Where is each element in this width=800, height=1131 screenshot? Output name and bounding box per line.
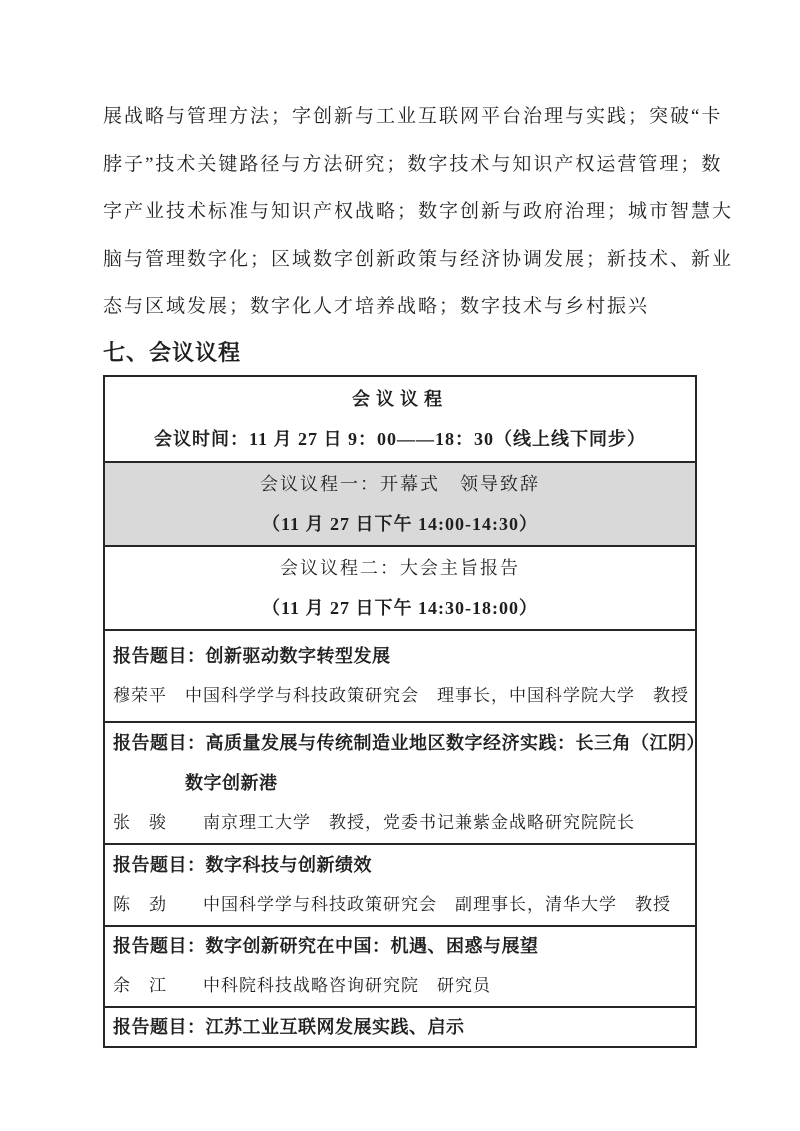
session-2-title: 会议议程二：大会主旨报告 [105, 548, 695, 588]
report-2-title-line2: 数字创新港 [113, 763, 687, 803]
paragraph-line: 脑与管理数字化；区域数字创新政策与经济协调发展；新技术、新业 [103, 236, 697, 284]
report-4-speaker: 余 江 中科院科技战略咨询研究院 研究员 [113, 966, 687, 1006]
section-heading: 七、会议议程 [103, 338, 697, 368]
table-row-session-1: 会议议程一：开幕式 领导致辞 （11 月 27 日下午 14:00-14:30） [105, 461, 695, 545]
paragraph-line: 展战略与管理方法；字创新与工业互联网平台治理与实践；突破“卡 [103, 93, 697, 141]
report-1-title: 报告题目：创新驱动数字转型发展 [113, 636, 687, 676]
session-1-title: 会议议程一：开幕式 领导致辞 [105, 464, 695, 504]
report-3-title: 报告题目：数字科技与创新绩效 [113, 845, 687, 885]
report-1-speaker: 穆荣平 中国科学学与科技政策研究会 理事长，中国科学院大学 教授 [113, 676, 687, 716]
report-2-speaker: 张 骏 南京理工大学 教授，党委书记兼紫金战略研究院院长 [113, 803, 687, 843]
document-page: 展战略与管理方法；字创新与工业互联网平台治理与实践；突破“卡 脖子”技术关键路径… [0, 0, 800, 1131]
agenda-table: 会议议程 会议时间：11 月 27 日 9：00——18：30（线上线下同步） … [103, 375, 697, 1048]
agenda-title: 会议议程 [105, 379, 695, 419]
report-3-speaker: 陈 劲 中国科学学与科技政策研究会 副理事长，清华大学 教授 [113, 885, 687, 925]
report-5-title: 报告题目：江苏工业互联网发展实践、启示 [113, 1007, 687, 1047]
agenda-time: 会议时间：11 月 27 日 9：00——18：30（线上线下同步） [105, 419, 695, 459]
table-row-report-2: 报告题目：高质量发展与传统制造业地区数字经济实践：长三角（江阴） 数字创新港 张… [105, 721, 695, 843]
paragraph-line: 字产业技术标准与知识产权战略；数字创新与政府治理；城市智慧大 [103, 188, 697, 236]
paragraph-line: 态与区域发展；数字化人才培养战略；数字技术与乡村振兴 [103, 283, 697, 331]
report-2-title: 报告题目：高质量发展与传统制造业地区数字经济实践：长三角（江阴） [113, 723, 687, 763]
paragraph-line: 脖子”技术关键路径与方法研究；数字技术与知识产权运营管理；数 [103, 141, 697, 189]
table-row-report-3: 报告题目：数字科技与创新绩效 陈 劲 中国科学学与科技政策研究会 副理事长，清华… [105, 843, 695, 925]
session-2-time: （11 月 27 日下午 14:30-18:00） [105, 588, 695, 628]
intro-paragraph: 展战略与管理方法；字创新与工业互联网平台治理与实践；突破“卡 脖子”技术关键路径… [103, 93, 697, 331]
table-row-header: 会议议程 会议时间：11 月 27 日 9：00——18：30（线上线下同步） [105, 377, 695, 461]
table-row-report-5: 报告题目：江苏工业互联网发展实践、启示 [105, 1006, 695, 1046]
table-row-report-1: 报告题目：创新驱动数字转型发展 穆荣平 中国科学学与科技政策研究会 理事长，中国… [105, 629, 695, 721]
table-row-session-2: 会议议程二：大会主旨报告 （11 月 27 日下午 14:30-18:00） [105, 545, 695, 629]
table-row-report-4: 报告题目：数字创新研究在中国：机遇、困惑与展望 余 江 中科院科技战略咨询研究院… [105, 925, 695, 1006]
report-4-title: 报告题目：数字创新研究在中国：机遇、困惑与展望 [113, 926, 687, 966]
session-1-time: （11 月 27 日下午 14:00-14:30） [105, 504, 695, 544]
